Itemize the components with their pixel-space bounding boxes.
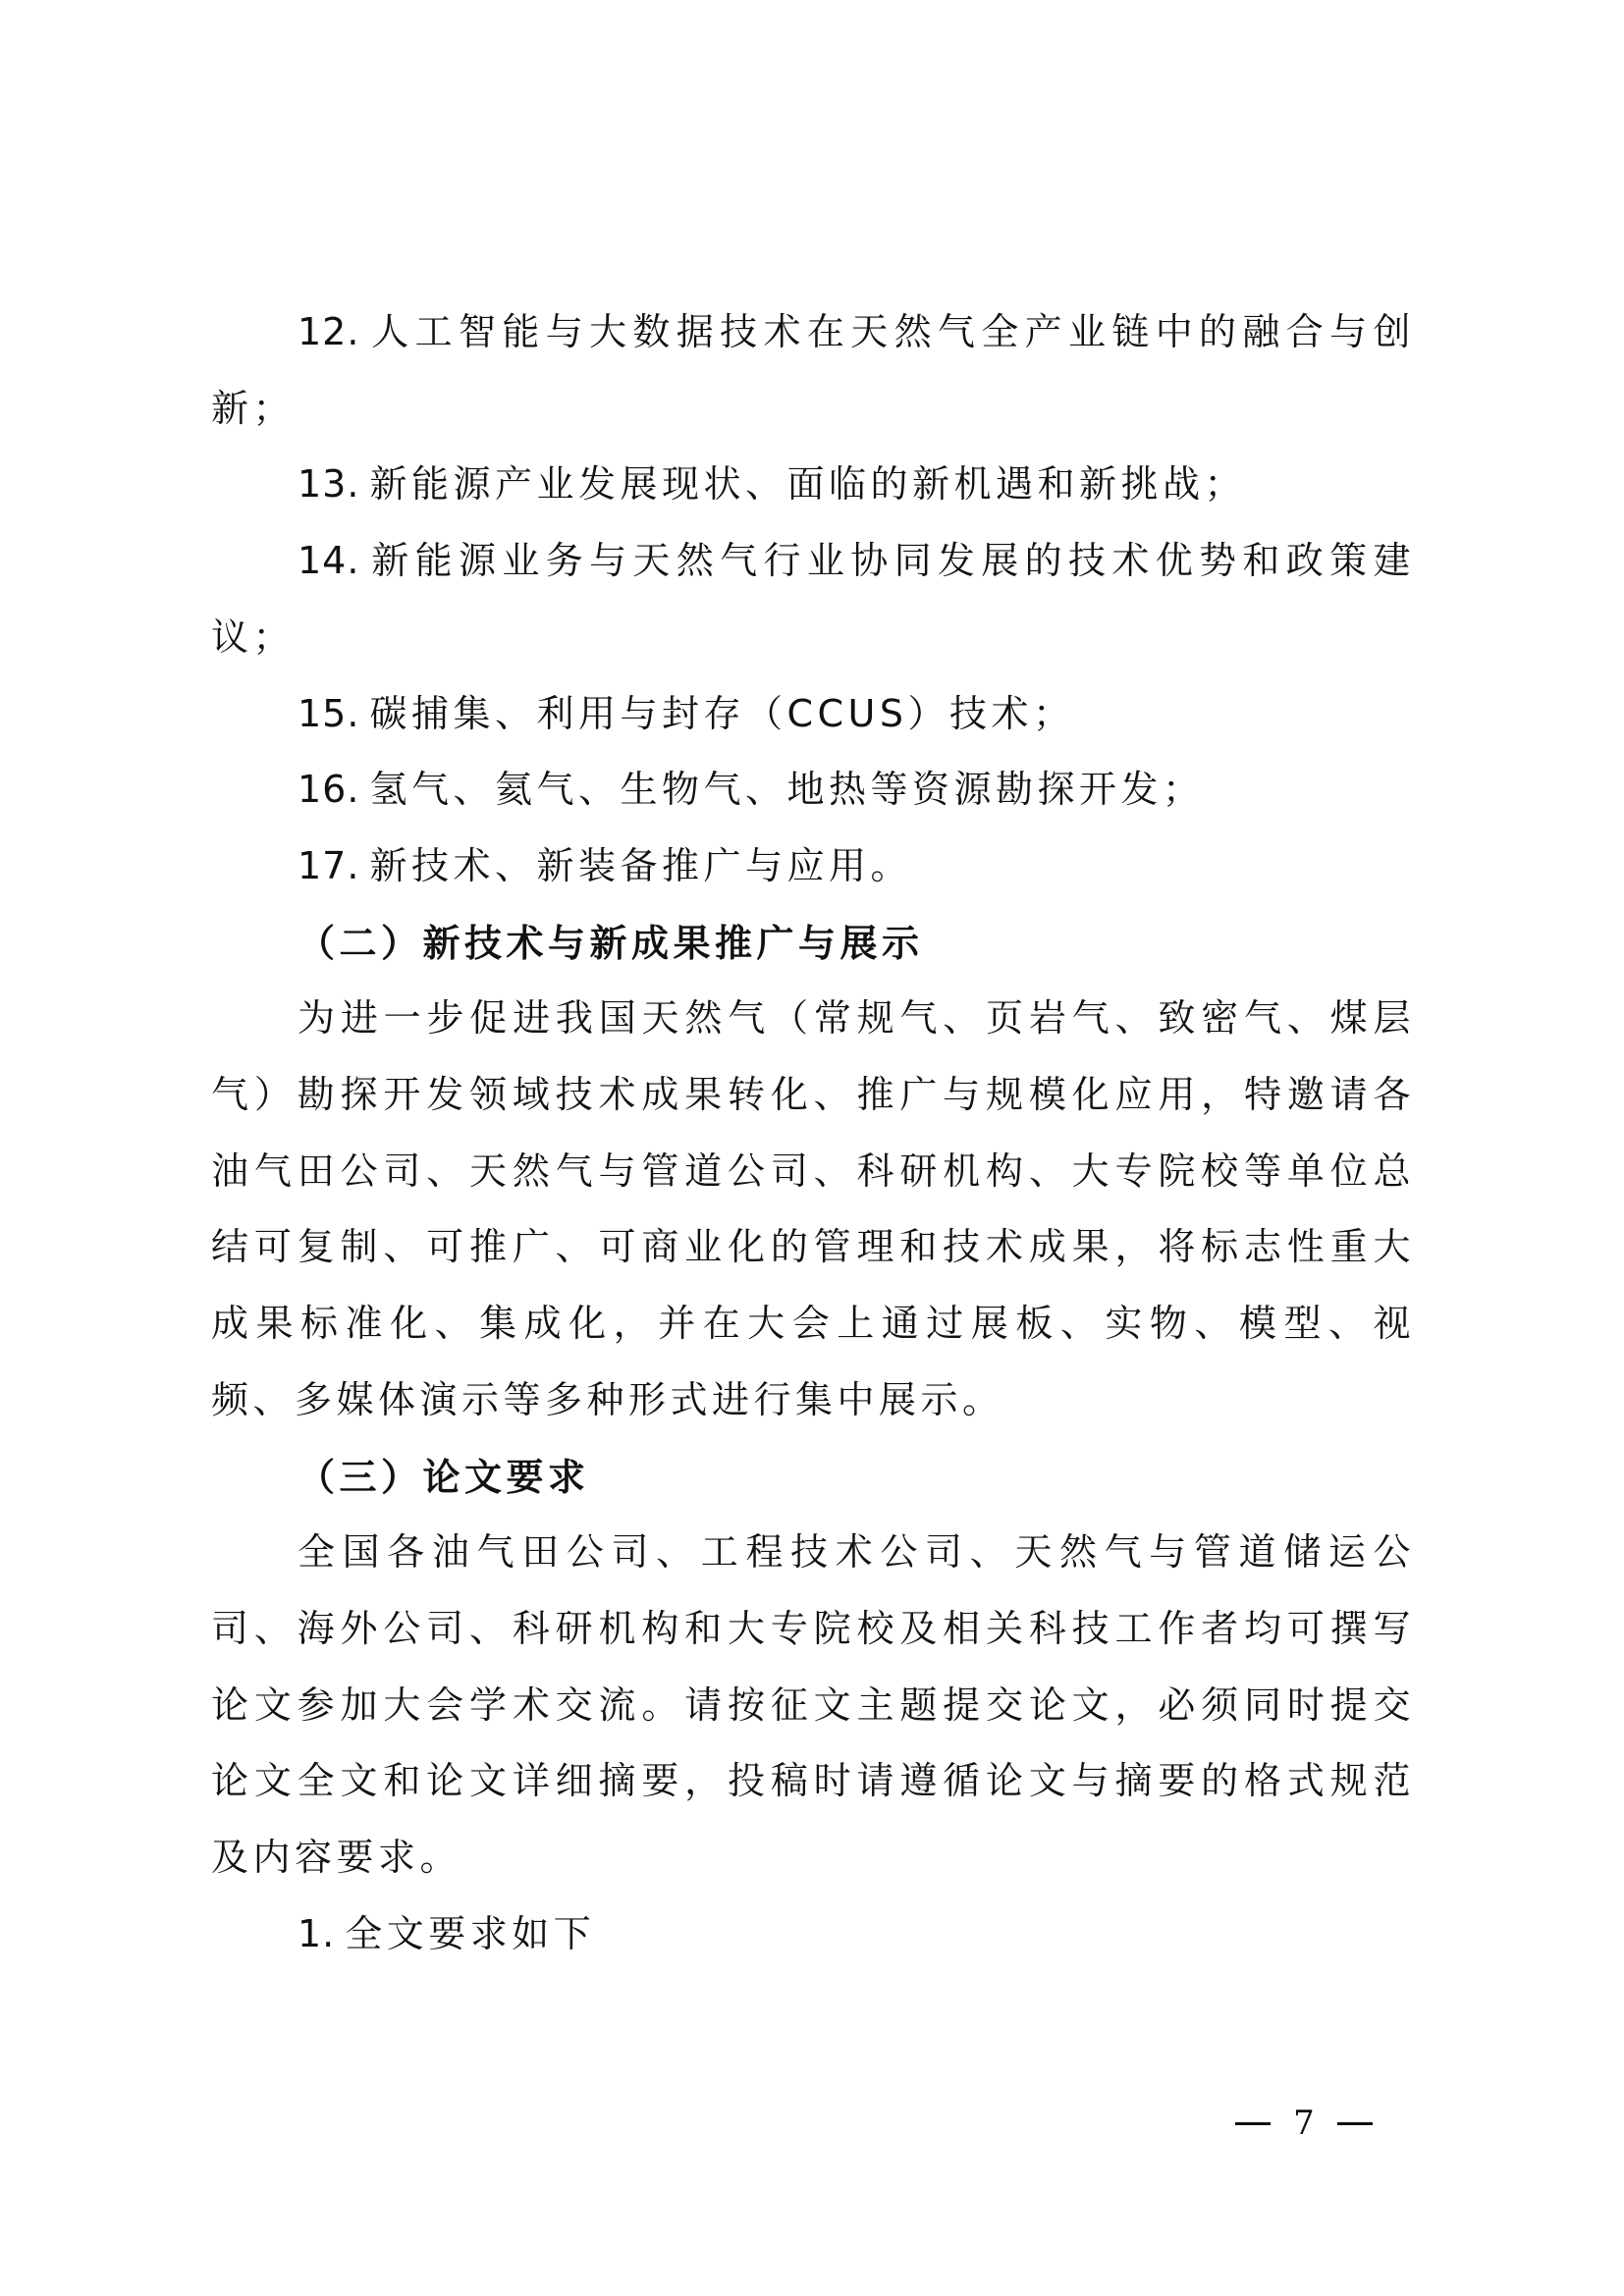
page-number: 7 (1235, 2101, 1373, 2146)
list-item-text: 氢气、氦气、生物气、地热等资源勘探开发； (369, 768, 1204, 811)
page-number-left-dash (1235, 2122, 1271, 2125)
sub-item-number: 1. (298, 1912, 335, 1955)
list-item-16: 16.氢气、氦气、生物气、地热等资源勘探开发； (211, 752, 1415, 828)
sub-item-text: 全文要求如下 (345, 1912, 595, 1955)
document-page: 12.人工智能与大数据技术在天然气全产业链中的融合与创新； 13.新能源产业发展… (0, 0, 1624, 2296)
list-item-text: 新能源业务与天然气行业协同发展的技术优势和政策建议； (211, 539, 1415, 659)
list-item-17: 17.新技术、新装备推广与应用。 (211, 828, 1415, 905)
list-item-number: 14. (298, 539, 359, 582)
list-item-number: 17. (298, 844, 359, 887)
section-3-paragraph: 全国各油气田公司、工程技术公司、天然气与管道储运公司、海外公司、科研机构和大专院… (211, 1515, 1415, 1896)
page-body: 12.人工智能与大数据技术在天然气全产业链中的融合与创新； 13.新能源产业发展… (211, 294, 1415, 1972)
list-item-15: 15.碳捕集、利用与封存（CCUS）技术； (211, 676, 1415, 753)
list-item-text: 新技术、新装备推广与应用。 (369, 844, 912, 887)
list-item-13: 13.新能源产业发展现状、面临的新机遇和新挑战； (211, 447, 1415, 523)
list-item-number: 15. (298, 692, 359, 735)
page-number-right-dash (1337, 2122, 1373, 2125)
list-item-number: 16. (298, 768, 359, 811)
list-item-text: 人工智能与大数据技术在天然气全产业链中的融合与创新； (211, 310, 1415, 430)
list-item-number: 12. (298, 310, 359, 353)
page-number-value: 7 (1293, 2104, 1315, 2143)
sub-item-1: 1.全文要求如下 (211, 1896, 1415, 1973)
section-heading-2: （二）新技术与新成果推广与展示 (211, 905, 1415, 982)
section-heading-3: （三）论文要求 (211, 1439, 1415, 1516)
list-item-text: 碳捕集、利用与封存（CCUS）技术； (369, 692, 1074, 735)
list-item-number: 13. (298, 462, 359, 506)
list-item-text: 新能源产业发展现状、面临的新机遇和新挑战； (369, 462, 1246, 506)
section-2-paragraph: 为进一步促进我国天然气（常规气、页岩气、致密气、煤层气）勘探开发领域技术成果转化… (211, 981, 1415, 1438)
list-item-12: 12.人工智能与大数据技术在天然气全产业链中的融合与创新； (211, 294, 1415, 447)
list-item-14: 14.新能源业务与天然气行业协同发展的技术优势和政策建议； (211, 523, 1415, 675)
